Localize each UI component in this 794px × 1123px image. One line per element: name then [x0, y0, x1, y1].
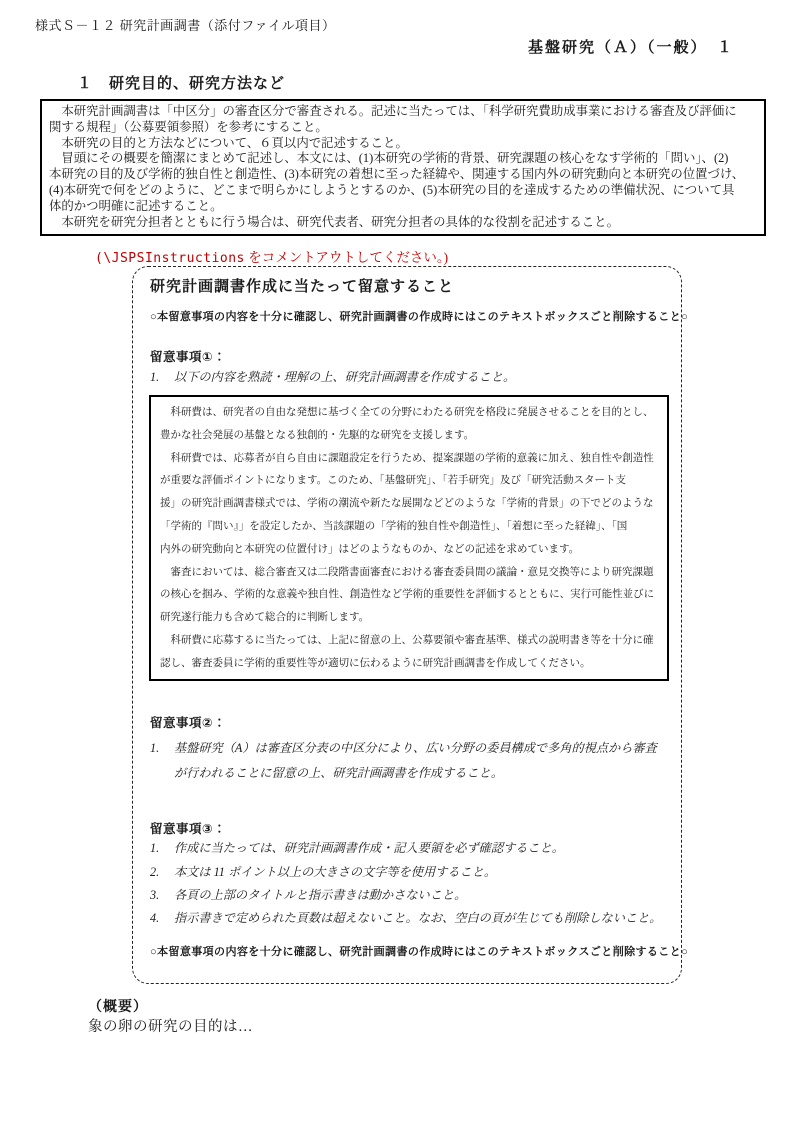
item-text: 指示書きで定められた頁数は超えないこと。なお、空白の頁が生じても削除しないこと。 [174, 911, 662, 926]
research-category-page-header: 基盤研究（Ａ）（一般） １ [528, 36, 734, 57]
notice-section2-heading: 留意事項②： [150, 713, 226, 731]
jsps-comment-note-text: をコメントアウトしてください。) [245, 250, 448, 265]
form-number: 様式Ｓ－１２ 研究計画調書（添付ファイル項目） [35, 15, 336, 34]
kakenhi-description-box: 科研費は、研究者の自由な発想に基づく全ての分野にわたる研究を格段に発展させること… [149, 395, 669, 681]
delete-notice-bottom: ○本留意事項の内容を十分に確認し、研究計画調書の作成時にはこのテキストボックスご… [150, 943, 688, 959]
item-number: 1. [150, 736, 174, 786]
section-title: １ 研究目的、研究方法など [77, 72, 285, 93]
document-page: 様式Ｓ－１２ 研究計画調書（添付ファイル項目） 基盤研究（Ａ）（一般） １ １ … [0, 0, 794, 1123]
item-text: 各頁の上部のタイトルと指示書きは動かさないこと。 [174, 888, 466, 903]
notice-section1-item: 1. 以下の内容を熟読・理解の上、研究計画調書を作成すること。 [150, 370, 660, 385]
item-number: 2. [150, 865, 174, 880]
notice-section3-item: 2. 本文は 11 ポイント以上の大きさの文字等を使用すること。 [150, 856, 662, 879]
notice-section3-item: 4. 指示書きで定められた頁数は超えないこと。なお、空白の頁が生じても削除しない… [150, 903, 662, 926]
summary-label: （概要） [88, 996, 148, 1016]
notice-textbox: 研究計画調書作成に当たって留意すること ○本留意事項の内容を十分に確認し、研究計… [132, 266, 682, 984]
item-text: 以下の内容を熟読・理解の上、研究計画調書を作成すること。 [174, 370, 515, 385]
notice-title: 研究計画調書作成に当たって留意すること [150, 275, 454, 296]
item-number: 1. [150, 841, 174, 856]
notice-section3-item: 3. 各頁の上部のタイトルと指示書きは動かさないこと。 [150, 880, 662, 903]
jsps-comment-note: (\JSPSInstructions をコメントアウトしてください。) [95, 246, 448, 266]
notice-section2-item: 1. 基盤研究（A）は審査区分表の中区分により、広い分野の委員構成で多角的視点か… [150, 736, 662, 786]
notice-section3-item: 1. 作成に当たっては、研究計画調書作成・記入要領を必ず確認すること。 [150, 833, 662, 856]
item-text: 本文は 11 ポイント以上の大きさの文字等を使用すること。 [174, 865, 496, 880]
item-number: 3. [150, 888, 174, 903]
item-number: 4. [150, 911, 174, 926]
item-text: 基盤研究（A）は審査区分表の中区分により、広い分野の委員構成で多角的視点から審査… [174, 736, 662, 786]
notice-section3-items: 1. 作成に当たっては、研究計画調書作成・記入要領を必ず確認すること。 2. 本… [150, 833, 662, 927]
review-instruction-box: 本研究計画調書は「中区分」の審査区分で審査される。記述に当たっては、「科学研究費… [40, 99, 766, 236]
item-text: 作成に当たっては、研究計画調書作成・記入要領を必ず確認すること。 [174, 841, 564, 856]
latex-command: (\JSPSInstructions [95, 251, 245, 266]
item-number: 1. [150, 370, 174, 385]
delete-notice-top: ○本留意事項の内容を十分に確認し、研究計画調書の作成時にはこのテキストボックスご… [150, 308, 688, 324]
summary-body-text: 象の卵の研究の目的は… [88, 1015, 253, 1036]
notice-section1-heading: 留意事項①： [150, 347, 226, 365]
